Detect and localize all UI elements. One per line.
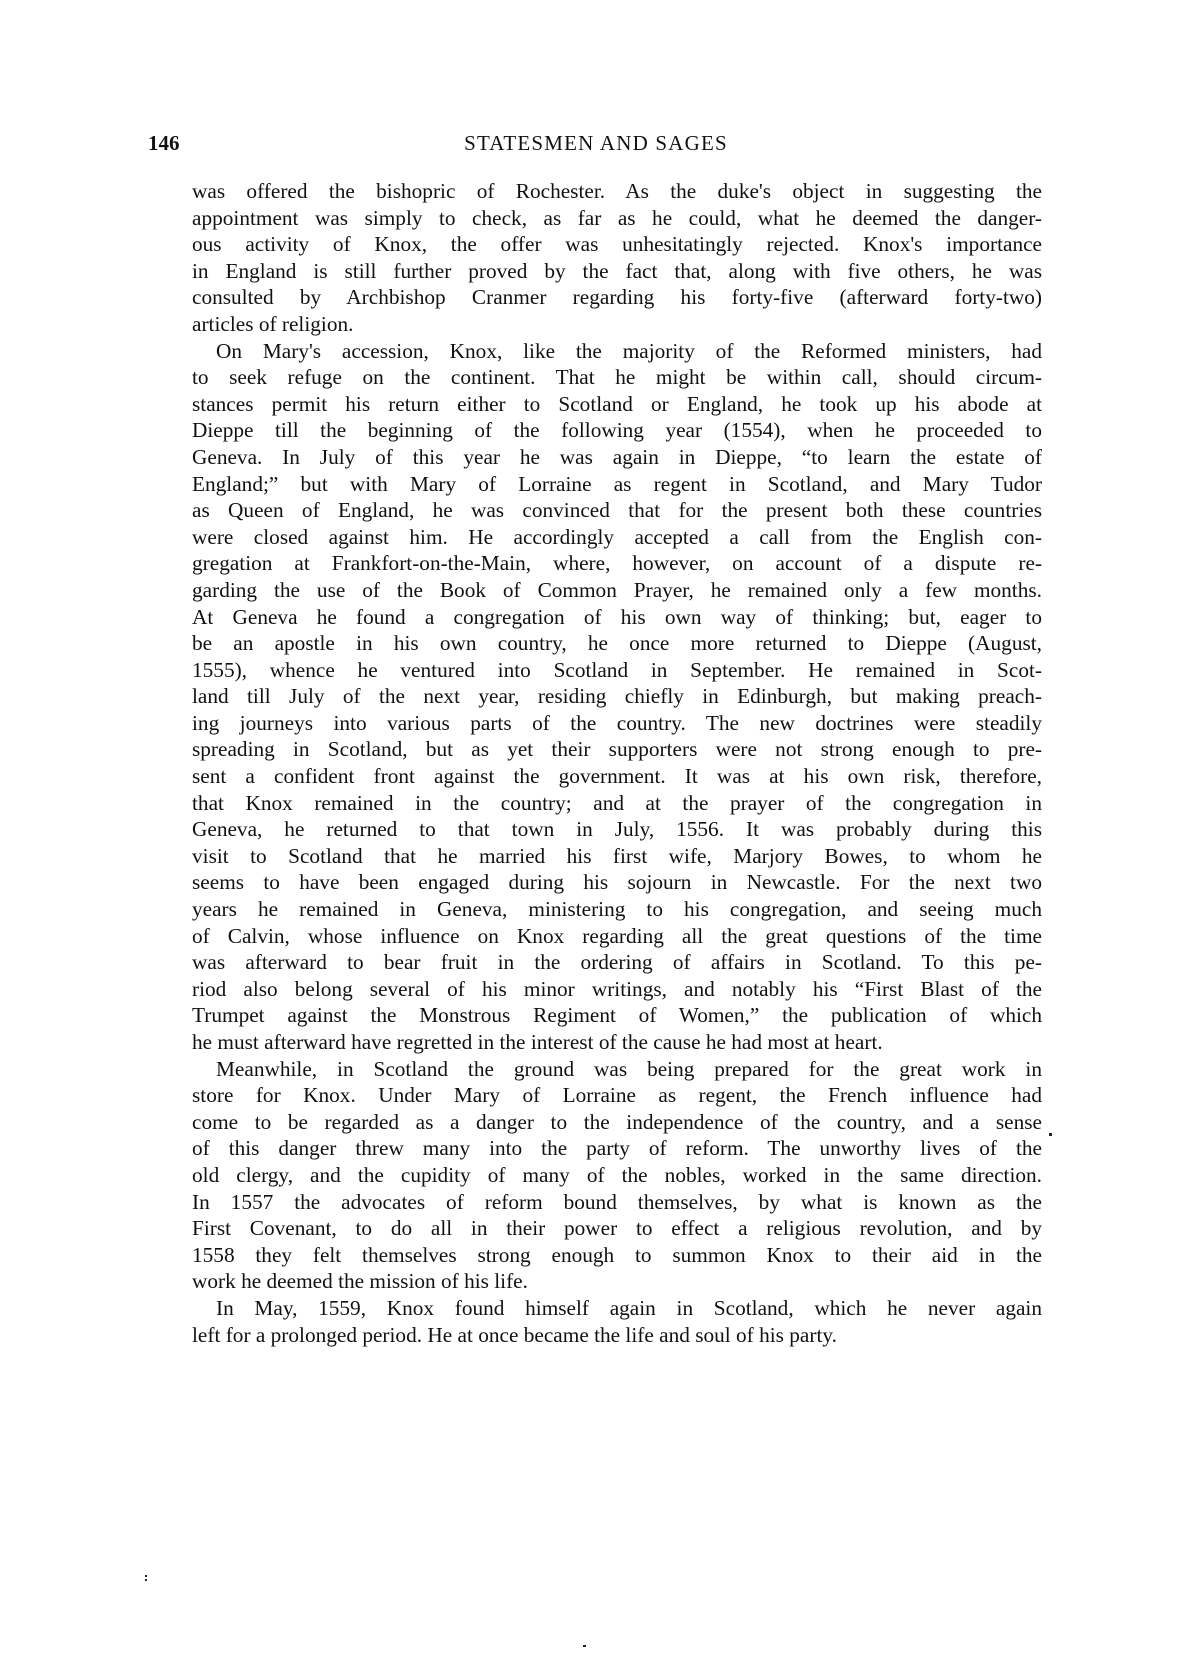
paragraph: was offered the bishopric of Rochester. … <box>192 178 1042 338</box>
paragraph: Meanwhile, in Scotland the ground was be… <box>192 1056 1042 1295</box>
text-line: articles of religion. <box>192 311 1042 338</box>
text-line: left for a prolonged period. He at once … <box>192 1322 1042 1349</box>
text-line: to seek refuge on the continent. That he… <box>192 364 1042 391</box>
text-line: England;” but with Mary of Lorraine as r… <box>192 471 1042 498</box>
stray-dot <box>1049 1133 1052 1136</box>
text-line: Meanwhile, in Scotland the ground was be… <box>192 1056 1042 1083</box>
text-line: spreading in Scotland, but as yet their … <box>192 736 1042 763</box>
text-line: In 1557 the advocates of reform bound th… <box>192 1189 1042 1216</box>
text-line: he must afterward have regretted in the … <box>192 1029 1042 1056</box>
text-line: Trumpet against the Monstrous Regiment o… <box>192 1002 1042 1029</box>
text-line: work he deemed the mission of his life. <box>192 1268 1042 1295</box>
text-line: was afterward to bear fruit in the order… <box>192 949 1042 976</box>
body-text: was offered the bishopric of Rochester. … <box>192 178 1042 1348</box>
text-line: appointment was simply to check, as far … <box>192 205 1042 232</box>
text-line: land till July of the next year, residin… <box>192 683 1042 710</box>
text-line: ing journeys into various parts of the c… <box>192 710 1042 737</box>
stray-mark <box>583 1645 586 1647</box>
stray-mark <box>145 1575 147 1577</box>
text-line: garding the use of the Book of Common Pr… <box>192 577 1042 604</box>
running-title: STATESMEN AND SAGES <box>148 131 1044 156</box>
text-line: in England is still further proved by th… <box>192 258 1042 285</box>
text-line: visit to Scotland that he married his fi… <box>192 843 1042 870</box>
paragraph: On Mary's accession, Knox, like the majo… <box>192 338 1042 1056</box>
text-line: stances permit his return either to Scot… <box>192 391 1042 418</box>
text-line: Dieppe till the beginning of the followi… <box>192 417 1042 444</box>
text-line: come to be regarded as a danger to the i… <box>192 1109 1042 1136</box>
text-line: store for Knox. Under Mary of Lorraine a… <box>192 1082 1042 1109</box>
text-line: seems to have been engaged during his so… <box>192 869 1042 896</box>
paragraph: In May, 1559, Knox found himself again i… <box>192 1295 1042 1348</box>
running-head: 146 STATESMEN AND SAGES <box>148 131 1044 161</box>
text-line: 1558 they felt themselves strong enough … <box>192 1242 1042 1269</box>
book-page: 146 STATESMEN AND SAGES was offered the … <box>0 0 1189 1673</box>
text-line: Geneva, he returned to that town in July… <box>192 816 1042 843</box>
text-line: On Mary's accession, Knox, like the majo… <box>192 338 1042 365</box>
text-line: be an apostle in his own country, he onc… <box>192 630 1042 657</box>
text-line: Geneva. In July of this year he was agai… <box>192 444 1042 471</box>
text-line: that Knox remained in the country; and a… <box>192 790 1042 817</box>
text-line: old clergy, and the cupidity of many of … <box>192 1162 1042 1189</box>
text-line: ous activity of Knox, the offer was unhe… <box>192 231 1042 258</box>
text-line: At Geneva he found a congregation of his… <box>192 604 1042 631</box>
text-line: riod also belong several of his minor wr… <box>192 976 1042 1003</box>
text-line: was offered the bishopric of Rochester. … <box>192 178 1042 205</box>
text-line: of this danger threw many into the party… <box>192 1135 1042 1162</box>
text-line: First Covenant, to do all in their power… <box>192 1215 1042 1242</box>
text-line: gregation at Frankfort-on-the-Main, wher… <box>192 550 1042 577</box>
stray-mark <box>145 1579 147 1581</box>
text-line: sent a confident front against the gover… <box>192 763 1042 790</box>
text-line: were closed against him. He accordingly … <box>192 524 1042 551</box>
text-line: of Calvin, whose influence on Knox regar… <box>192 923 1042 950</box>
text-line: In May, 1559, Knox found himself again i… <box>192 1295 1042 1322</box>
text-line: as Queen of England, he was convinced th… <box>192 497 1042 524</box>
text-line: consulted by Archbishop Cranmer regardin… <box>192 284 1042 311</box>
text-line: years he remained in Geneva, ministering… <box>192 896 1042 923</box>
text-line: 1555), whence he ventured into Scotland … <box>192 657 1042 684</box>
